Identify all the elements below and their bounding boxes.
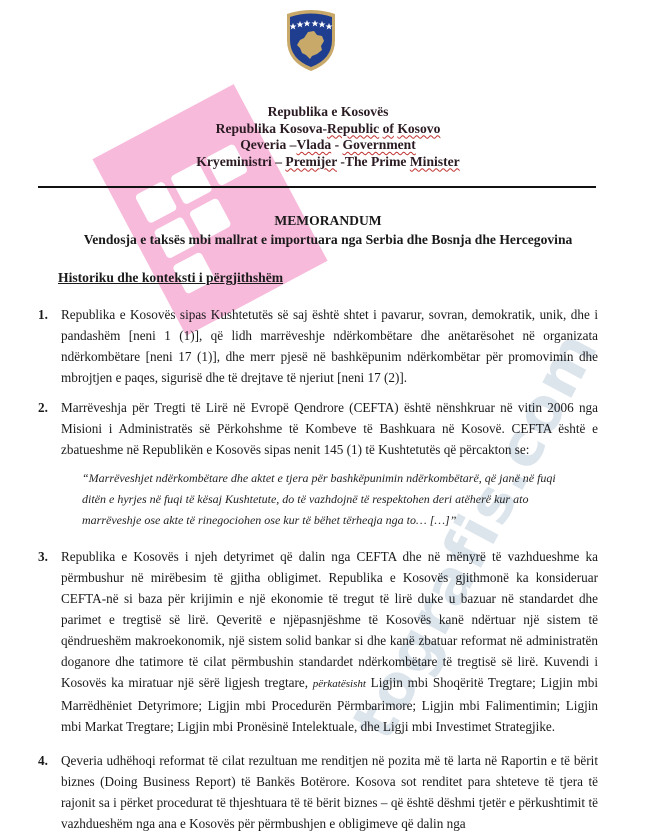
document-header: Republika e Kosovës Republika Kosova-Rep… bbox=[0, 104, 656, 170]
header-line-1: Republika e Kosovës bbox=[0, 104, 656, 121]
memo-subtitle: Vendosja e taksës mbi mallrat e importua… bbox=[0, 232, 656, 248]
item-number: 3. bbox=[38, 546, 48, 567]
item-number: 1. bbox=[38, 304, 48, 325]
item-number: 4. bbox=[38, 750, 48, 771]
item-text: Republika e Kosovës i njeh detyrimet që … bbox=[61, 546, 598, 737]
document-page: tografis.com Republika e Kosovës Republi… bbox=[0, 0, 656, 832]
header-line-3: Qeveria –Vlada - Government bbox=[0, 137, 656, 154]
constitution-quote: “Marrëveshjet ndërkombëtare dhe aktet e … bbox=[82, 468, 562, 531]
memo-title: MEMORANDUM bbox=[0, 213, 656, 229]
item-text: Republika e Kosovës sipas Kushtetutës së… bbox=[61, 304, 598, 388]
item-text: Marrëveshja për Tregti të Lirë në Evropë… bbox=[61, 397, 598, 460]
header-line-2: Republika Kosova-Republic of Kosovo bbox=[0, 121, 656, 138]
coat-of-arms-icon bbox=[284, 8, 338, 72]
item-text: Qeveria udhëhoqi reformat të cilat rezul… bbox=[61, 750, 598, 832]
header-line-4: Kryeministri – Premijer -The Prime Minis… bbox=[0, 154, 656, 171]
item-number: 2. bbox=[38, 397, 48, 418]
section-heading: Historiku dhe konteksti i përgjithshëm bbox=[58, 270, 283, 286]
header-divider bbox=[38, 186, 596, 188]
